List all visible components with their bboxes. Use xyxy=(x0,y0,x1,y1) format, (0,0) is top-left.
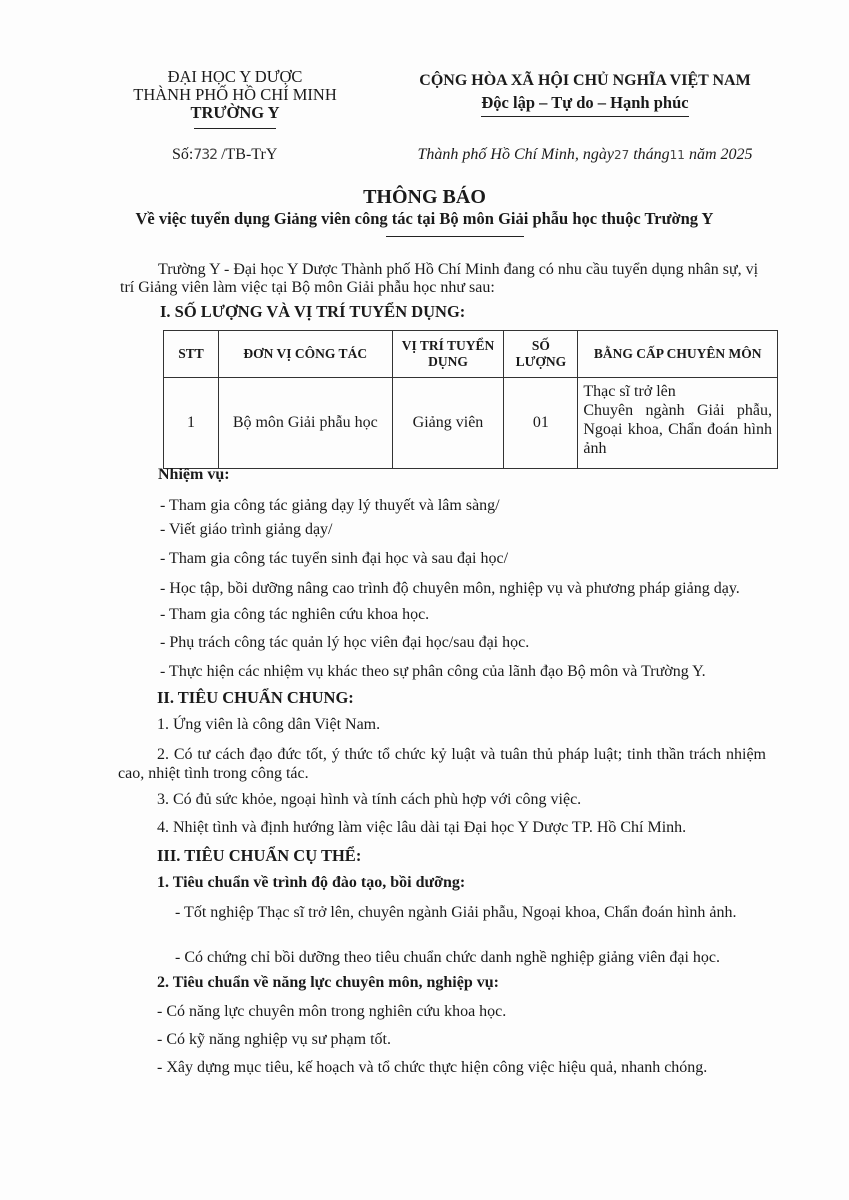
cell-quantity: 01 xyxy=(504,378,578,469)
place-and-date: Thành phố Hồ Chí Minh, ngày27 tháng11 nă… xyxy=(405,146,765,164)
nation-name: CỘNG HÒA XÃ HỘI CHỦ NGHĨA VIỆT NAM xyxy=(405,70,765,92)
list-item: - Thực hiện các nhiệm vụ khác theo sự ph… xyxy=(160,663,780,681)
col-header-stt: STT xyxy=(164,331,219,378)
general-criterion-3: 3. Có đủ sức khỏe, ngoại hình và tính cá… xyxy=(157,791,777,809)
issuing-organization: ĐẠI HỌC Y DƯỢC THÀNH PHỐ HỒ CHÍ MINH TRƯ… xyxy=(105,68,365,129)
title-rule xyxy=(386,236,524,237)
recruitment-table: STT ĐƠN VỊ CÔNG TÁC VỊ TRÍ TUYỂN DỤNG SỐ… xyxy=(163,330,778,469)
col-header-unit: ĐƠN VỊ CÔNG TÁC xyxy=(218,331,392,378)
doc-number-suffix: /TB-TrY xyxy=(217,146,277,163)
list-item: - Tham gia công tác nghiên cứu khoa học. xyxy=(160,606,780,624)
training-criterion-2: - Có chứng chỉ bồi dưỡng theo tiêu chuẩn… xyxy=(175,949,775,967)
section-2-heading: II. TIÊU CHUẨN CHUNG: xyxy=(157,688,354,708)
header-left-rule xyxy=(194,128,276,129)
col-header-quantity: SỐ LƯỢNG xyxy=(504,331,578,378)
cell-unit: Bộ môn Giải phẫu học xyxy=(218,378,392,469)
school-name: TRƯỜNG Y xyxy=(105,104,365,122)
general-criterion-4: 4. Nhiệt tình và định hướng làm việc lâu… xyxy=(157,819,777,837)
document-title: THÔNG BÁO xyxy=(0,186,849,209)
table-header-row: STT ĐƠN VỊ CÔNG TÁC VỊ TRÍ TUYỂN DỤNG SỐ… xyxy=(164,331,778,378)
national-header: CỘNG HÒA XÃ HỘI CHỦ NGHĨA VIỆT NAM Độc l… xyxy=(405,70,765,117)
list-item: - Tham gia công tác giảng dạy lý thuyết … xyxy=(160,497,780,515)
col-header-position: VỊ TRÍ TUYỂN DỤNG xyxy=(392,331,504,378)
section-1-heading: I. SỐ LƯỢNG VÀ VỊ TRÍ TUYỂN DỤNG: xyxy=(160,302,465,322)
competency-criterion-1: - Có năng lực chuyên môn trong nghiên cứ… xyxy=(157,1003,777,1021)
org-line-2: THÀNH PHỐ HỒ CHÍ MINH xyxy=(105,86,365,104)
competency-criterion-3: - Xây dựng mục tiêu, kế hoạch và tổ chức… xyxy=(157,1059,777,1077)
national-motto: Độc lập – Tự do – Hạnh phúc xyxy=(481,92,688,117)
general-criterion-1: 1. Ứng viên là công dân Việt Nam. xyxy=(157,716,777,734)
document-number: Số:732 /TB-TrY xyxy=(172,146,277,164)
table-row: 1 Bộ môn Giải phẫu học Giảng viên 01 Thạ… xyxy=(164,378,778,469)
subsection-3-2-heading: 2. Tiêu chuẩn về năng lực chuyên môn, ng… xyxy=(157,974,499,992)
cell-position: Giảng viên xyxy=(392,378,504,469)
list-item: - Học tập, bồi dưỡng nâng cao trình độ c… xyxy=(160,580,780,598)
day-handwritten: 27 xyxy=(614,148,629,162)
qualification-specialty: Chuyên ngành Giải phẫu, Ngoại khoa, Chẩn… xyxy=(583,401,772,458)
training-criterion-1: - Tốt nghiệp Thạc sĩ trở lên, chuyên ngà… xyxy=(118,903,766,923)
duties-heading: Nhiệm vụ: xyxy=(158,466,230,484)
qualification-degree: Thạc sĩ trở lên xyxy=(583,382,772,401)
cell-stt: 1 xyxy=(164,378,219,469)
col-header-qualification: BẰNG CẤP CHUYÊN MÔN xyxy=(578,331,778,378)
cell-qualification: Thạc sĩ trở lên Chuyên ngành Giải phẫu, … xyxy=(578,378,778,469)
org-line-1: ĐẠI HỌC Y DƯỢC xyxy=(105,68,365,86)
competency-criterion-2: - Có kỹ năng nghiệp vụ sư phạm tốt. xyxy=(157,1031,777,1049)
place-date-text: Thành phố Hồ Chí Minh, ngày xyxy=(417,146,613,163)
list-item: - Phụ trách công tác quản lý học viên đạ… xyxy=(160,634,780,652)
doc-number-prefix: Số: xyxy=(172,146,193,163)
year-text: năm 2025 xyxy=(685,146,753,163)
document-subtitle: Về việc tuyển dụng Giảng viên công tác t… xyxy=(0,209,849,229)
month-label: tháng xyxy=(629,146,669,163)
doc-number-handwritten: 732 xyxy=(193,147,217,163)
section-3-heading: III. TIÊU CHUẨN CỤ THỂ: xyxy=(157,846,361,866)
intro-paragraph: Trường Y - Đại học Y Dược Thành phố Hồ C… xyxy=(120,261,770,297)
subsection-3-1-heading: 1. Tiêu chuẩn về trình độ đào tạo, bồi d… xyxy=(157,874,465,892)
list-item: - Tham gia công tác tuyển sinh đại học v… xyxy=(160,550,780,568)
month-handwritten: 11 xyxy=(670,148,685,162)
list-item: - Viết giáo trình giảng dạy/ xyxy=(160,521,780,539)
general-criterion-2: 2. Có tư cách đạo đức tốt, ý thức tổ chứ… xyxy=(118,745,766,783)
